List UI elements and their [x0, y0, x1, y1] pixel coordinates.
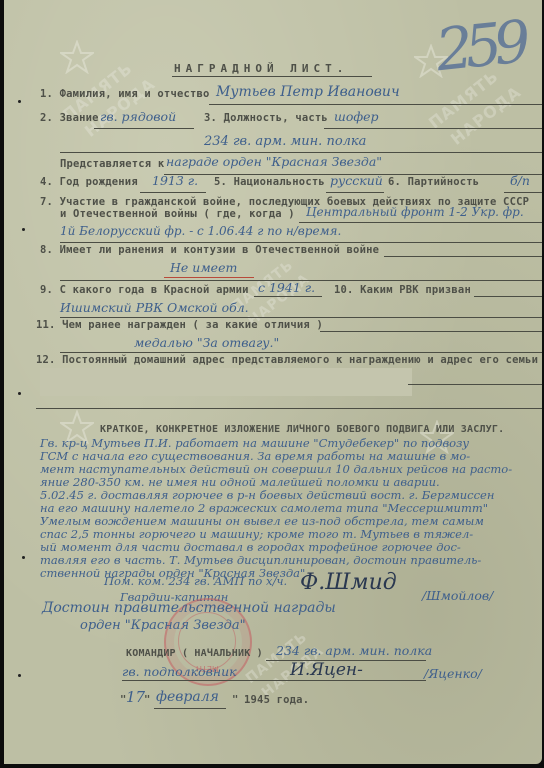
- field-line: [474, 296, 542, 297]
- summary-line: 5.02.45 г. доставляя горючее в р-н боевы…: [40, 488, 494, 502]
- field-line: [140, 192, 206, 193]
- field-line: [154, 708, 226, 709]
- watermark-star-icon: [60, 40, 94, 74]
- date-day: 17: [126, 688, 145, 706]
- field-line: [60, 317, 542, 318]
- commander-label: КОМАНДИР ( НАЧАЛЬНИК ): [126, 648, 263, 659]
- commander-signature: И.Яцен-: [290, 660, 363, 680]
- field-5-label: 5. Национальность: [214, 176, 325, 188]
- field-1-label: 1. Фамилия, имя и отчество: [40, 88, 210, 100]
- field-12-label: 12. Постоянный домашний адрес представля…: [36, 354, 538, 366]
- field-5-value: русский: [330, 173, 383, 188]
- field-line: [326, 192, 384, 193]
- field-3-label: 3. Должность, часть: [204, 112, 328, 124]
- field-11-label: 11. Чем ранее награжден ( за какие отлич…: [36, 319, 323, 331]
- field-line: [408, 384, 542, 385]
- field-4-label: 4. Год рождения: [40, 176, 138, 188]
- field-6-value: б/п: [510, 173, 530, 188]
- redacted-address: [40, 368, 412, 396]
- commander-rank: гв. подполковник: [122, 664, 237, 679]
- field-9-label: 9. С какого года в Красной армии: [40, 284, 249, 296]
- field-7-value2: 1й Белорусский фр. - с 1.06.44 г по н/вр…: [60, 224, 341, 238]
- presented-value: награде орден "Красная Звезда": [166, 154, 382, 169]
- summary-line: тавляя его в часть. Т. Мутьев дисциплини…: [40, 553, 481, 567]
- field-line: [36, 408, 542, 409]
- field-line: [320, 331, 542, 332]
- field-2-label: 2. Звание: [40, 112, 99, 124]
- field-10-value: Ишимский РВК Омской обл.: [60, 300, 249, 315]
- field-4-value: 1913 г.: [152, 173, 198, 188]
- margin-dot: [18, 100, 21, 103]
- signature: Ф.Шмид: [300, 570, 397, 595]
- date-month: февраля: [156, 689, 219, 705]
- summary-line: ый момент для части доставал в городах т…: [40, 540, 461, 554]
- field-line: [60, 352, 542, 353]
- red-underline: [164, 277, 254, 278]
- field-8-value: Не имеет: [170, 260, 237, 275]
- field-line: [324, 128, 542, 129]
- date-quote-close: ": [144, 694, 151, 706]
- field-line: [209, 104, 542, 105]
- resolution-line2: орден "Красная Звезда": [80, 618, 246, 633]
- field-line: [504, 192, 542, 193]
- field-9-value: с 1941 г.: [258, 280, 315, 295]
- document-title: НАГРАДНОЙ ЛИСТ.: [174, 62, 348, 75]
- field-7-label-line2: и Отечественной войны ( где, когда ): [60, 208, 295, 220]
- summary-line: Гв. кр-ц Мутьев П.И. работает на машине …: [40, 436, 469, 450]
- field-3-value: шофер: [334, 109, 379, 124]
- field-line: [254, 296, 322, 297]
- summary-line: спас 2,5 тонны горючего и машину; кроме …: [40, 527, 473, 541]
- margin-dot: [18, 392, 21, 395]
- signatory-name: /Шмойлов/: [422, 588, 493, 603]
- field-line: [60, 242, 542, 243]
- title-underline: [172, 76, 372, 77]
- summary-line: мент наступательных действий он совершил…: [40, 462, 512, 476]
- field-line: [122, 680, 426, 681]
- field-8-label: 8. Имеет ли ранения и контузии в Отечест…: [40, 244, 379, 256]
- commander-name: /Яценко/: [424, 666, 482, 681]
- summary-line: ГСМ с начала его существования. За время…: [40, 449, 470, 463]
- field-3-unit: 234 гв. арм. мин. полка: [204, 134, 366, 149]
- field-1-value: Мутьев Петр Иванович: [216, 84, 400, 100]
- summary-line: яние 280-350 км. не имея ни одной малейш…: [40, 475, 440, 489]
- margin-dot: [22, 556, 25, 559]
- commander-unit: 234 гв. арм. мин. полка: [276, 643, 432, 658]
- field-line: [299, 222, 542, 223]
- field-11-value: медалью "За отвагу.": [134, 335, 279, 350]
- presented-label: Представляется к: [60, 158, 164, 170]
- summary-heading: КРАТКОЕ, КОНКРЕТНОЕ ИЗЛОЖЕНИЕ ЛИЧНОГО БО…: [100, 424, 504, 435]
- field-10-label: 10. Каким РВК призван: [334, 284, 471, 296]
- date-quote: ": [232, 694, 239, 706]
- signatory-position: Пом. ком. 234 гв. АМП по х/ч.: [104, 574, 287, 588]
- date-year: 1945 года.: [244, 694, 309, 706]
- margin-dot: [18, 674, 21, 677]
- award-sheet: ПАМЯТЬ НАРОДА ПАМЯТЬ НАРОДА ПАМЯТЬ НАРОД…: [4, 0, 542, 764]
- field-6-label: 6. Партийность: [388, 176, 479, 188]
- summary-line: на его машину налетело 2 вражеских самол…: [40, 501, 488, 515]
- resolution-line1: Достоин правительственной награды: [42, 600, 336, 616]
- field-line: [384, 256, 542, 257]
- field-line: [60, 152, 542, 153]
- archive-number: 259: [433, 8, 526, 85]
- field-line: [94, 128, 194, 129]
- summary-line: Умелым вождением машины он вывел ее из-п…: [40, 514, 484, 528]
- field-2-value: гв. рядовой: [100, 109, 176, 124]
- field-7-value: Центральный фронт 1-2 Укр. фр.: [306, 205, 524, 219]
- margin-dot: [22, 228, 25, 231]
